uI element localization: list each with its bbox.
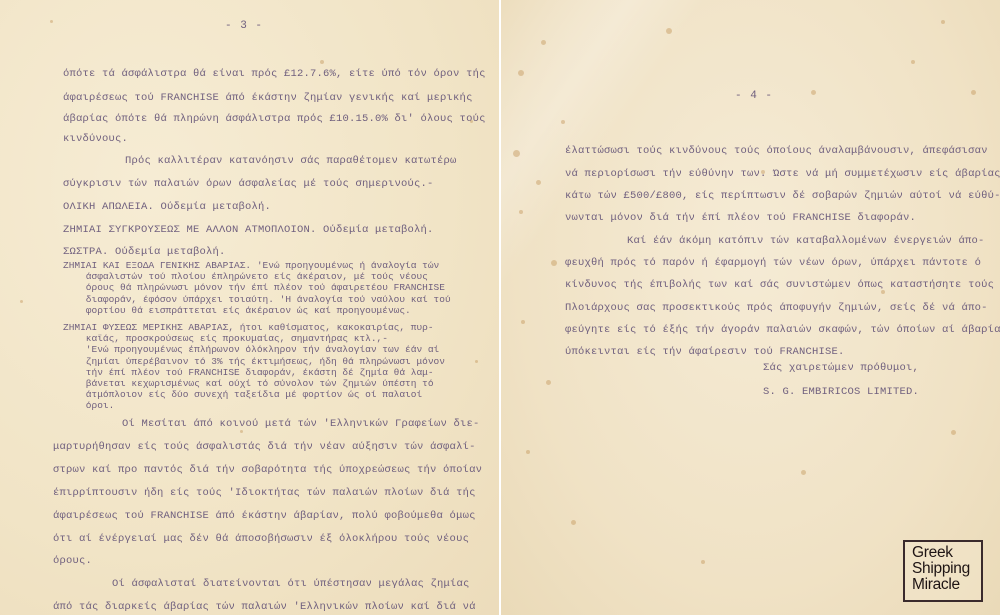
- salutation: Σάς χαιρετώμεν πρόθυμοι,: [763, 362, 919, 374]
- text-line: φευχθή πρός τό παρόν ή έφαρμογή τών νέων…: [565, 257, 981, 269]
- text-line: κίνδυνος τής έπιβολής των καί σάς συνιστ…: [565, 279, 994, 291]
- text-line: άβαρίας όπότε θά πληρώνη άσφάλιστρα πρός…: [63, 113, 486, 125]
- page-number: - 4 -: [735, 90, 773, 102]
- signature: S. G. EMBIRICOS LIMITED.: [763, 386, 919, 398]
- text-line: ΖΗΜΙΑΙ ΣΥΓΚΡΟΥΣΕΩΣ ΜΕ ΑΛΛΟΝ ΑΤΜΟΠΛΟΙΟΝ. …: [63, 224, 434, 236]
- text-line: κινδύνους.: [63, 133, 128, 145]
- text-line: Πλοιάρχους σας προσεκτικούς πρός άποφυγή…: [565, 302, 988, 314]
- text-line: νά περιορίσωσι τήν εύθύνην των. Ώστε νά …: [565, 168, 1000, 180]
- greek-shipping-miracle-logo: Greek Shipping Miracle: [903, 540, 983, 602]
- particular-average-paragraph: ΖΗΜΙΑΙ ΦΥΣΕΩΣ ΜΕΡΙΚΗΣ ΑΒΑΡΙΑΣ, ήτοι καθί…: [63, 322, 445, 412]
- text-line: έπιρρίπτουσιν ήδη είς τούς 'Ιδιοκτήτας τ…: [53, 487, 476, 499]
- document-page-4: - 4 - έλαττώσωσι τούς κινδύνους τούς όπο…: [501, 0, 1000, 615]
- text-line: μαρτυρήθησαν είς τούς άσφαλιστάς διά τήν…: [53, 441, 476, 453]
- text-line: άφαιρέσεως τού FRANCHISE άπό έκάστην ζημ…: [63, 92, 473, 104]
- text-line: ΣΩΣΤΡΑ. Ούδεμία μεταβολή.: [63, 246, 226, 258]
- text-line: όρους.: [53, 555, 92, 567]
- document-page-3: - 3 - όπότε τά άσφάλιστρα θά είναι πρός …: [0, 0, 499, 615]
- text-line: νωνται μόνον διά τήν έπί πλέον τού FRANC…: [565, 212, 916, 224]
- text-line: άφαιρέσεως τού FRANCHISE άπό έκάστην άβα…: [53, 510, 476, 522]
- text-line: ύπόκεινται είς τήν άφαίρεσιν τού FRANCHI…: [565, 346, 845, 358]
- text-line: άπό τάς διαρκείς άβαρίας τών παλαιών 'Ελ…: [53, 601, 476, 613]
- logo-line: Shipping: [912, 561, 981, 577]
- page-number: - 3 -: [225, 20, 263, 32]
- text-line: Πρός καλλιτέραν κατανόησιν σάς παραθέτομ…: [125, 155, 457, 167]
- logo-line: Greek: [912, 545, 981, 561]
- text-line: στρων καί προ παντός διά τήν σοβαρότητα …: [53, 464, 482, 476]
- general-average-paragraph: ΖΗΜΙΑΙ ΚΑΙ ΕΞΟΔΑ ΓΕΝΙΚΗΣ ΑΒΑΡΙΑΣ. 'Ενώ π…: [63, 260, 451, 316]
- text-line: ότι αί ένέργειαί μας δέν θά άποσοβήσωσιν…: [53, 533, 469, 545]
- text-line: Καί έάν άκόμη κατόπιν τών καταβαλλομένων…: [627, 235, 985, 247]
- text-line: φεύγητε είς τό έξής τήν άγοράν παλαιών σ…: [565, 324, 1000, 336]
- text-line: Οί Μεσίται άπό κοινού μετά τών 'Ελληνικώ…: [122, 418, 480, 430]
- text-line: έλαττώσωσι τούς κινδύνους τούς όποίους ά…: [565, 145, 988, 157]
- text-line: Οί άσφαλισταί διατείνονται ότι ύπέστησαν…: [112, 578, 470, 590]
- text-line: ΟΛΙΚΗ ΑΠΩΛΕΙΑ. Ούδεμία μεταβολή.: [63, 201, 271, 213]
- text-line: κάτω τών £500/£800, είς περίπτωσιν δέ σο…: [565, 190, 1000, 202]
- logo-line: Miracle: [912, 577, 981, 593]
- text-line: όπότε τά άσφάλιστρα θά είναι πρός £12.7.…: [63, 68, 486, 80]
- text-line: σύγκρισιν τών παλαιών όρων άσφαλείας μέ …: [63, 178, 434, 190]
